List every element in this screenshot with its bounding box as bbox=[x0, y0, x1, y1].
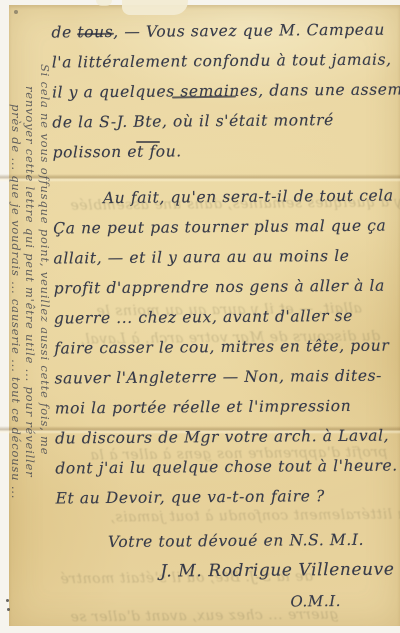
letter-line: dont j'ai lu quelque chose tout à l'heur… bbox=[55, 450, 399, 483]
letter-line: il y a quelques semaines, dans une assem… bbox=[52, 75, 396, 108]
margin-note-line: renvoyer cette lettre qui peut m'être ut… bbox=[23, 86, 37, 477]
closing-line: Votre tout dévoué en N.S. M.I. bbox=[56, 524, 400, 557]
ink-speck bbox=[7, 608, 10, 611]
letter-line: faire casser le cou, mitres en tête, pou… bbox=[54, 330, 398, 363]
letter-line: moi la portée réelle et l'impression bbox=[55, 390, 399, 423]
ink-speck bbox=[6, 599, 9, 602]
letter-line: de la S-J. Bte, où il s'était montré bbox=[52, 105, 396, 138]
letter-scan: il y a quelques semaines, dans une assem… bbox=[0, 0, 400, 633]
letter-line: l'a littéralement confondu à tout jamais… bbox=[52, 45, 396, 78]
letter-body: de tous, — Vous savez que M. Campeau l'a… bbox=[51, 15, 400, 619]
letter-line: allait, — et il y aura au au moins le bbox=[53, 241, 397, 274]
letter-line: polisson et fou. bbox=[52, 135, 396, 168]
letter-line: Au fait, qu'en sera-t-il de tout cela ? bbox=[53, 181, 397, 214]
ink-speck bbox=[14, 10, 18, 14]
underline-mark bbox=[136, 141, 160, 143]
signature-name: J. M. Rodrigue Villeneuve bbox=[56, 554, 400, 588]
margin-note-line: près de ... que je voudrais ... causerie… bbox=[9, 104, 23, 499]
paper-tear-mark bbox=[122, 0, 188, 15]
letter-line: guerre ... chez eux, avant d'aller se bbox=[54, 300, 398, 333]
letter-line: du discours de Mgr votre arch. à Laval, bbox=[55, 420, 399, 453]
letter-line: de tous, — Vous savez que M. Campeau bbox=[51, 15, 395, 48]
letter-line: sauver l'Angleterre — Non, mais dites- bbox=[54, 360, 398, 393]
margin-note-line: Si cela ne vous offusque point, veuillez… bbox=[38, 64, 52, 455]
letter-line: profit d'apprendre nos gens à aller à la bbox=[54, 271, 398, 304]
letter-line: Et au Devoir, que va-t-on faire ? bbox=[55, 480, 399, 513]
letter-line: Ça ne peut pas tourner plus mal que ça bbox=[53, 211, 397, 244]
signature-order: O.M.I. bbox=[56, 585, 400, 618]
